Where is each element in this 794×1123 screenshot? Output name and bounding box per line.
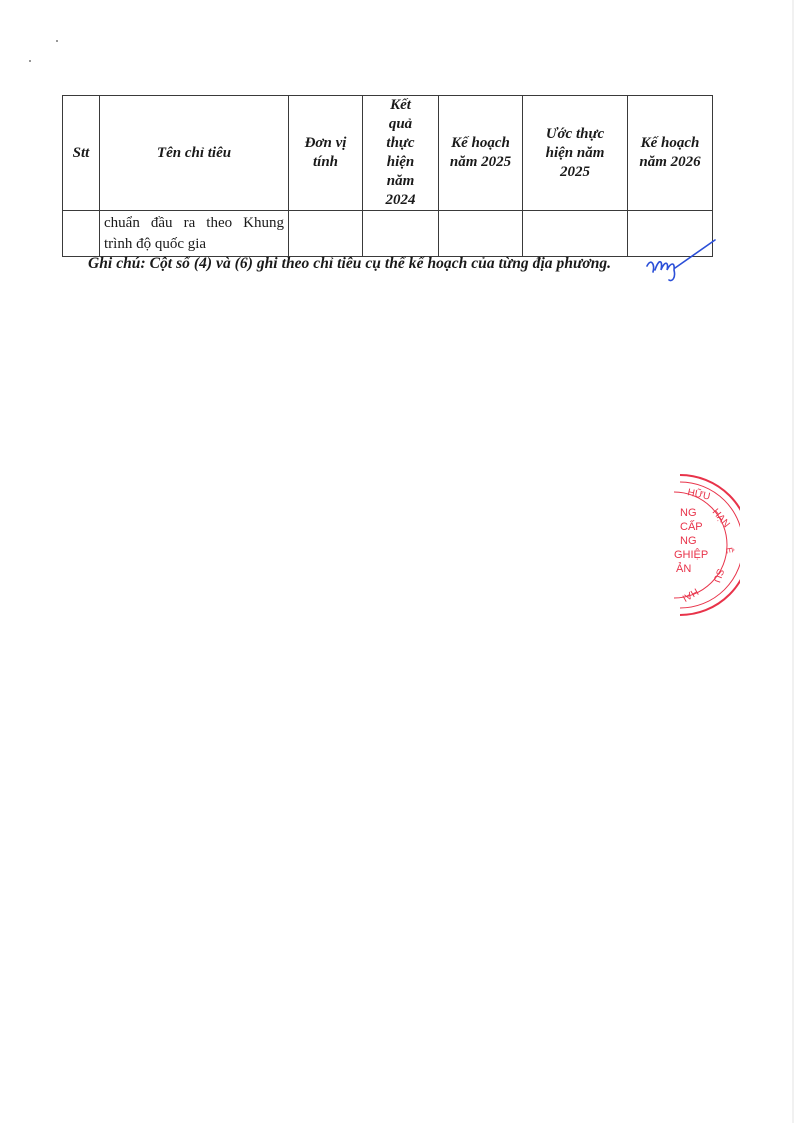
- scan-speck: [29, 60, 31, 62]
- header-plan-2025: Kế hoạch năm 2025: [439, 96, 523, 211]
- svg-text:HAI: HAI: [680, 585, 700, 603]
- svg-text:GHIỆP: GHIỆP: [674, 548, 708, 561]
- table-header-row: Stt Tên chỉ tiêu Đơn vị tính Kết quả thự…: [63, 96, 713, 211]
- svg-text:CẤP: CẤP: [680, 520, 703, 533]
- indicators-table: Stt Tên chỉ tiêu Đơn vị tính Kết quả thự…: [62, 95, 713, 257]
- cell-indicator-name: chuẩn đầu ra theo Khung trình độ quốc gi…: [100, 211, 289, 257]
- header-plan-2026: Kế hoạch năm 2026: [628, 96, 713, 211]
- cell-unit: [289, 211, 363, 257]
- header-indicator-name: Tên chỉ tiêu: [100, 96, 289, 211]
- cell-estimate-2025: [523, 211, 628, 257]
- cell-result-2024: [363, 211, 439, 257]
- header-estimate-2025: Ước thực hiện năm 2025: [523, 96, 628, 211]
- header-unit: Đơn vị tính: [289, 96, 363, 211]
- svg-text:HẠN: HẠN: [710, 507, 732, 530]
- svg-text:Ê: Ê: [724, 547, 735, 555]
- table-row: chuẩn đầu ra theo Khung trình độ quốc gi…: [63, 211, 713, 257]
- cell-stt: [63, 211, 100, 257]
- footnote: Ghi chú: Cột số (4) và (6) ghi theo chỉ …: [88, 255, 611, 273]
- scan-speck: [56, 40, 58, 42]
- svg-text:ẢN: ẢN: [676, 562, 691, 575]
- official-stamp: HỮU HẠN Ê SU HAI NG CẤP NG GHIỆP ẢN: [660, 470, 740, 620]
- header-result-2024: Kết quả thực hiện năm 2024: [363, 96, 439, 211]
- signature-initial: [645, 236, 717, 282]
- svg-text:NG: NG: [680, 535, 697, 547]
- svg-text:NG: NG: [680, 507, 697, 519]
- header-stt: Stt: [63, 96, 100, 211]
- cell-plan-2025: [439, 211, 523, 257]
